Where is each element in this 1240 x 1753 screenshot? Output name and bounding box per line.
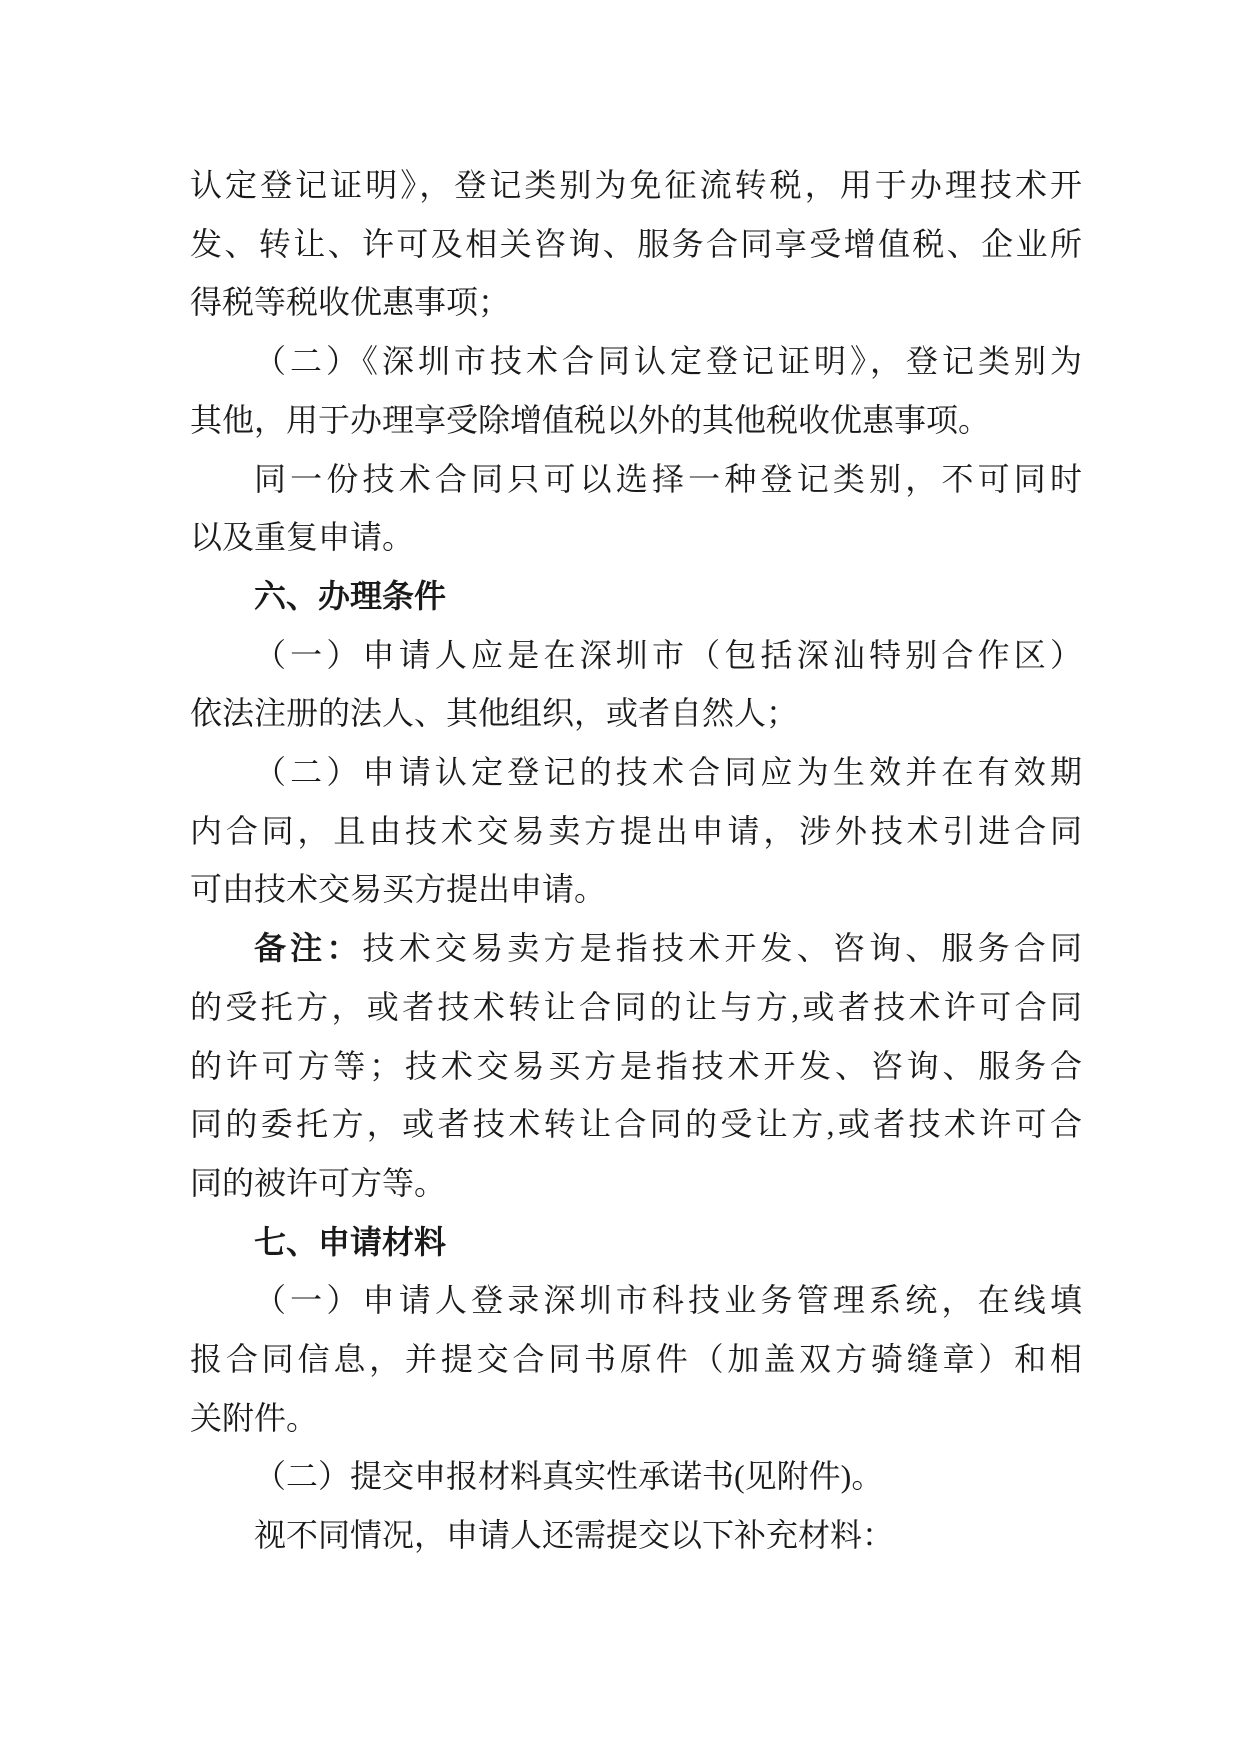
text-line: 同的委托方，或者技术转让合同的受让方,或者技术许可合 bbox=[190, 1095, 1082, 1154]
text-line: 可由技术交易买方提出申请。 bbox=[190, 860, 1082, 919]
text-line: 依法注册的法人、其他组织，或者自然人； bbox=[190, 684, 1082, 743]
text-line: 的受托方，或者技术转让合同的让与方,或者技术许可合同 bbox=[190, 978, 1082, 1037]
text-line: 视不同情况，申请人还需提交以下补充材料： bbox=[190, 1506, 1082, 1565]
document-body: 认定登记证明》，登记类别为免征流转税，用于办理技术开发、转让、许可及相关咨询、服… bbox=[190, 156, 1082, 1565]
text-line: 同一份技术合同只可以选择一种登记类别，不可同时 bbox=[190, 450, 1082, 509]
text-line: 其他，用于办理享受除增值税以外的其他税收优惠事项。 bbox=[190, 391, 1082, 450]
section-heading: 六、办理条件 bbox=[190, 567, 1082, 626]
text-line: 报合同信息，并提交合同书原件（加盖双方骑缝章）和相 bbox=[190, 1330, 1082, 1389]
text-line: 关附件。 bbox=[190, 1389, 1082, 1448]
text-line: 的许可方等；技术交易买方是指技术开发、咨询、服务合 bbox=[190, 1037, 1082, 1096]
text-line: （二）申请认定登记的技术合同应为生效并在有效期 bbox=[190, 743, 1082, 802]
text-line: （一）申请人应是在深圳市（包括深汕特别合作区） bbox=[190, 626, 1082, 685]
text-line: 得税等税收优惠事项； bbox=[190, 273, 1082, 332]
text-run: 技术交易卖方是指技术开发、咨询、服务合同 bbox=[363, 930, 1082, 966]
section-heading: 七、申请材料 bbox=[190, 1213, 1082, 1272]
text-line: （一）申请人登录深圳市科技业务管理系统，在线填 bbox=[190, 1271, 1082, 1330]
text-line: 认定登记证明》，登记类别为免征流转税，用于办理技术开 bbox=[190, 156, 1082, 215]
text-line: 以及重复申请。 bbox=[190, 508, 1082, 567]
text-line: 内合同，且由技术交易卖方提出申请，涉外技术引进合同 bbox=[190, 802, 1082, 861]
text-line: 发、转让、许可及相关咨询、服务合同享受增值税、企业所 bbox=[190, 215, 1082, 274]
document-page: 认定登记证明》，登记类别为免征流转税，用于办理技术开发、转让、许可及相关咨询、服… bbox=[0, 0, 1240, 1753]
text-line: 同的被许可方等。 bbox=[190, 1154, 1082, 1213]
text-line: （二）提交申报材料真实性承诺书(见附件)。 bbox=[190, 1447, 1082, 1506]
text-line: （二）《深圳市技术合同认定登记证明》，登记类别为 bbox=[190, 332, 1082, 391]
text-line: 备注：技术交易卖方是指技术开发、咨询、服务合同 bbox=[190, 919, 1082, 978]
remark-label: 备注： bbox=[254, 930, 363, 966]
